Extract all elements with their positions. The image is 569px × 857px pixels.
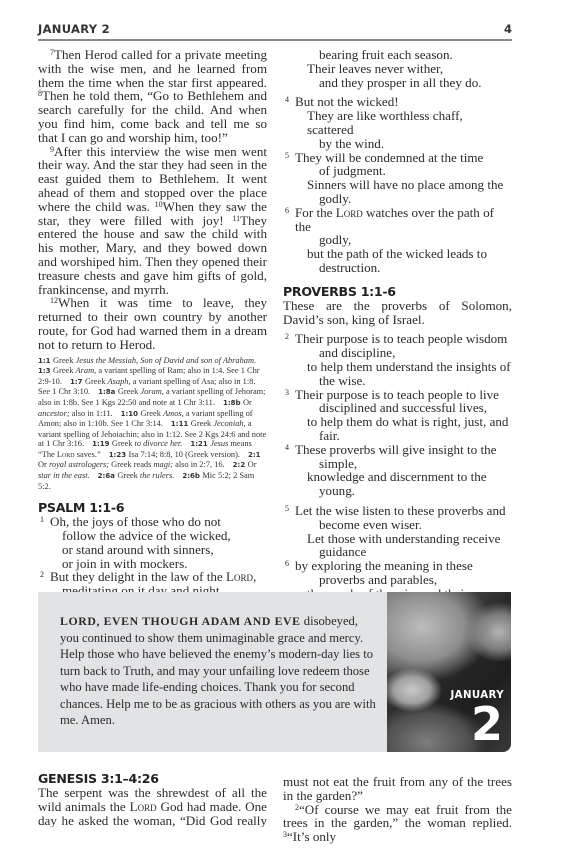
footnote-italic: Aram, [76,366,97,375]
verse-number: 3 [285,388,289,398]
line-text: But they delight in the law of the Lord, [50,569,256,584]
poem-line: Their leaves never wither, [283,62,512,76]
footnote-italic: Joram, [140,387,164,396]
line-text: Let the wise listen to these proverbs an… [295,503,506,518]
date-badge-photo: JANUARY 2 [387,592,511,752]
line-text: and discipline, [319,345,395,360]
prayer-panel: LORD, EVEN THOUGH ADAM AND EVE disobeyed… [38,592,387,752]
footnotes: 1:1 Greek Jesus the Messiah, Son of Davi… [38,356,267,492]
line-text: become even wiser. [319,517,422,532]
footnote-ref: 1:3 [38,367,53,375]
left-column: 7Then Herod called for a private meeting… [38,48,267,626]
footnote-italic: ancestor; [38,409,70,418]
verse-number: 12 [50,296,58,305]
paragraph: 12When it was time to leave, they return… [38,296,267,351]
line-text: simple, [319,456,357,471]
verse-number: 1 [40,515,44,525]
footnote-ref: 1:8a [98,388,118,396]
poem-line: proverbs and parables, [283,573,512,587]
prayer-body: disobeyed, you continued to show them un… [60,614,376,727]
poem-line: 5Let the wise listen to these proverbs a… [283,504,512,518]
poem-line: 3Their purpose is to teach people to liv… [283,388,512,402]
poem-line: by the wind. [283,137,512,151]
footnote-ref: 2:6a [98,472,118,480]
poem-line: to help them understand the insights of [283,360,512,374]
footnote-ref: 1:19 [92,440,112,448]
poem-line: follow the advice of the wicked, [38,529,267,543]
line-text: Sinners will have no place among the [307,177,503,192]
line-text: knowledge and discernment to the [307,469,487,484]
footnote-ref: 1:21 [190,440,210,448]
poem-line: They are like worthless chaff, scattered [283,109,512,137]
running-head: JANUARY 2 [38,22,110,36]
genesis-paragraph: 2“Of course we may eat fruit from the tr… [283,803,512,844]
line-text: Oh, the joys of those who do not [50,514,221,529]
poem-line: godly, [283,233,512,247]
lord-smallcaps: Lord [336,205,363,220]
poem-line: 2But they delight in the law of the Lord… [38,570,267,584]
poem-line: or join in with mockers. [38,557,267,571]
poem-line: or stand around with sinners, [38,543,267,557]
line-text: godly, [319,232,351,247]
poem-line: 4But not the wicked! [283,95,512,109]
verse-text: “It’s only [287,829,336,844]
line-text: or stand around with sinners, [62,542,214,557]
poem-line: of judgment. [283,164,512,178]
line-text: of judgment. [319,163,386,178]
badge-day: 2 [471,700,503,748]
matthew-passage: 7Then Herod called for a private meeting… [38,48,267,352]
verse-number: 6 [285,559,289,569]
line-text: Their purpose is to teach people wisdom [295,331,507,346]
verse-text: Then Herod called for a private meeting … [38,47,267,90]
genesis-paragraph: The serpent was the shrewdest of all the… [38,786,267,827]
line-text: These proverbs will give insight to the [295,442,496,457]
prayer-text: LORD, EVEN THOUGH ADAM AND EVE disobeyed… [60,613,378,729]
footnote-italic: the rulers. [140,471,174,480]
poem-line: 6by exploring the meaning in these [283,559,512,573]
proverbs-poem: 2Their purpose is to teach people wisdom… [283,332,512,614]
psalm-poem-continued: bearing fruit each season.Their leaves n… [283,48,512,275]
poem-line: 6For the Lord watches over the path of t… [283,206,512,234]
poem-line: Let those with understanding receive [283,532,512,546]
line-text: Let those with understanding receive [307,531,500,546]
genesis-paragraph: must not eat the fruit from any of the t… [283,775,512,803]
poem-line: 4These proverbs will give insight to the [283,443,512,457]
footnote-ref: 1:8b [223,399,243,407]
footnote-italic: Jesus the Messiah, Son of David and son … [76,356,257,365]
poem-line: become even wiser. [283,518,512,532]
line-text: proverbs and parables, [319,572,437,587]
footnote-ref: 2:1 [248,451,261,459]
verse-number: 10 [155,200,163,209]
line-text: destruction. [319,260,380,275]
poem-line: the wise. [283,374,512,388]
line-text: guidance [319,544,366,559]
line-text: Their leaves never wither, [307,61,443,76]
line-text: and they prosper in all they do. [319,75,482,90]
footnote-ref: 1:10 [121,410,141,418]
proverbs-title: PROVERBS 1:1-6 [283,284,512,299]
verse-number: 5 [285,504,289,514]
verse-number: 6 [285,206,289,216]
verse-number: 5 [285,151,289,161]
poem-line: young. [283,484,512,498]
poem-line: knowledge and discernment to the [283,470,512,484]
poem-line: disciplined and successful lives, [283,401,512,415]
footnote-italic: royal astrologers; [49,460,109,469]
poem-line: simple, [283,457,512,471]
line-text: by exploring the meaning in these [295,558,473,573]
footnote-italic: Asaph, [108,377,131,386]
line-text: or join in with mockers. [62,556,187,571]
footnote-ref: 1:23 [109,451,129,459]
line-text: disciplined and successful lives, [319,400,487,415]
verse-text: must not eat the fruit from any of the t… [283,774,512,803]
genesis-right-column: must not eat the fruit from any of the t… [283,775,512,844]
verse-number: 11 [232,214,240,223]
verse-number: 2 [40,570,44,580]
paragraph: 7Then Herod called for a private meeting… [38,48,267,145]
poem-line: 5They will be condemned at the time [283,151,512,165]
line-text: bearing fruit each season. [319,47,453,62]
footnote-ref: 2:2 [233,461,248,469]
poem-line: fair. [283,429,512,443]
line-text: They will be condemned at the time [295,150,483,165]
footnote-ref: 2:6b [182,472,202,480]
lord-smallcaps: Lord [130,799,157,814]
footnote-italic: Jesus [210,439,228,448]
poem-line: Sinners will have no place among the [283,178,512,192]
verse-text: “Of course we may eat fruit from the tre… [283,802,512,831]
footnote-italic: to divorce her. [134,439,182,448]
proverbs-intro: These are the proverbs of Solomon, David… [283,299,512,327]
page-number: 4 [504,22,512,36]
prayer-lead: LORD, EVEN THOUGH ADAM AND EVE [60,614,301,628]
poem-line: 2Their purpose is to teach people wisdom [283,332,512,346]
poem-line: and discipline, [283,346,512,360]
line-text: godly. [319,191,351,206]
line-text: but the path of the wicked leads to [307,246,487,261]
genesis-title: GENESIS 3:1–4:26 [38,771,267,786]
line-text: the wise. [319,373,366,388]
footnote-ref: 1:7 [70,378,85,386]
lord-smallcaps: Lord [226,569,253,584]
line-text: to help them understand the insights of [307,359,511,374]
line-text: Their purpose is to teach people to live [295,387,499,402]
line-text: to help them do what is right, just, and [307,414,508,429]
footnote-italic: Amos, [163,409,184,418]
footnote-italic: star in the east. [38,471,90,480]
poem-line: 1Oh, the joys of those who do not [38,515,267,529]
poem-line: godly. [283,192,512,206]
verse-text: When it was time to leave, they returned… [38,295,267,351]
line-text: follow the advice of the wicked, [62,528,231,543]
line-text: They are like worthless chaff, scattered [307,108,463,137]
verse-number: 4 [285,443,289,453]
poem-line: destruction. [283,261,512,275]
footnote-ref: 1:11 [171,420,191,428]
lord-smallcaps: Lord [57,450,75,459]
header-rule [38,39,512,41]
verse-text: The serpent was the shrewdest of all the… [38,786,267,827]
line-text: For the Lord watches over the path of th… [295,205,494,234]
right-column: bearing fruit each season.Their leaves n… [283,48,512,614]
footnote-italic: Jeconiah, [213,419,245,428]
line-text: young. [319,483,355,498]
psalm-title: PSALM 1:1-6 [38,500,267,515]
poem-line: to help them do what is right, just, and [283,415,512,429]
verse-number: 2 [285,332,289,342]
footnote-italic: magi; [153,460,173,469]
poem-line: bearing fruit each season. [283,48,512,62]
line-text: But not the wicked! [295,94,399,109]
poem-line: and they prosper in all they do. [283,76,512,90]
genesis-left-column: GENESIS 3:1–4:26 The serpent was the shr… [38,771,267,827]
line-text: fair. [319,428,340,443]
verse-number: 4 [285,95,289,105]
paragraph: 9After this interview the wise men went … [38,145,267,297]
poem-line: but the path of the wicked leads to [283,247,512,261]
line-text: by the wind. [319,136,384,151]
poem-line: guidance [283,545,512,559]
footnote-ref: 1:1 [38,357,53,365]
verse-text: Then he told them, “Go to Bethlehem and … [38,88,267,144]
